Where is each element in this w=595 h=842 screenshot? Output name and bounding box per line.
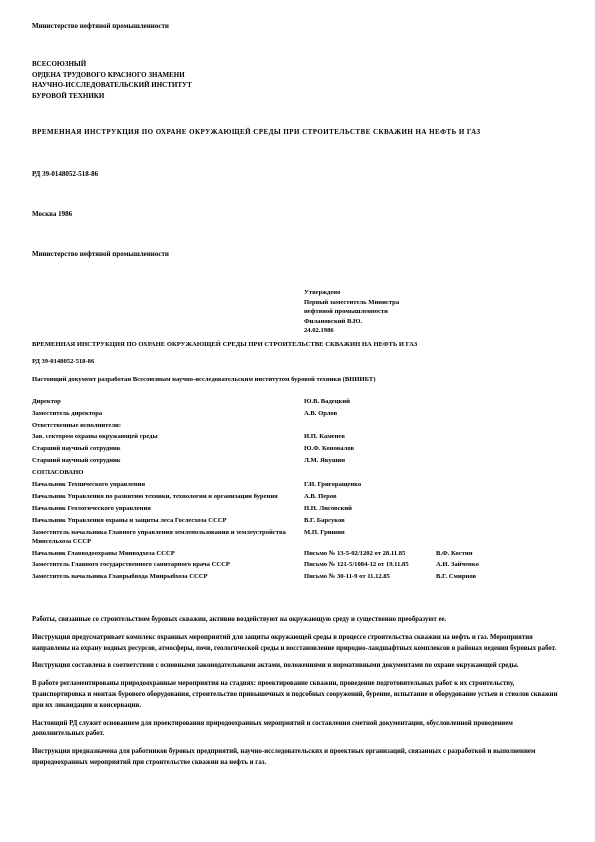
- agreed-letter: Письмо № 13-5-02/1202 от 28.11.85: [304, 549, 436, 558]
- ministry-line: Министерство нефтяной промышленности: [32, 22, 565, 30]
- agreed-letter: Письмо № 121-5/1084-12 от 19.11.85: [304, 560, 436, 569]
- document-page: Министерство нефтяной промышленности ВСЕ…: [0, 0, 595, 842]
- approval-line: 24.02.1986: [304, 326, 535, 336]
- body-paragraphs: Работы, связанные со строительством буро…: [32, 615, 565, 776]
- approval-line: нефтяной промышленности: [304, 307, 535, 317]
- agreed-label: Начальник Управления охраны и защиты лес…: [32, 516, 304, 525]
- agreed-row: Начальник Геологического управления Н.Н.…: [32, 504, 565, 513]
- signatory-row: Заместитель директора А.В. Орлов: [32, 409, 565, 418]
- agreed-label: Начальник Управления по развитию техники…: [32, 492, 304, 501]
- agreed-heading: СОГЛАСОВАНО: [32, 468, 565, 477]
- signatory-name: Ю.Ф. Коновалов: [304, 444, 436, 453]
- institute-line: ОРДЕНА ТРУДОВОГО КРАСНОГО ЗНАМЕНИ: [32, 70, 565, 81]
- paragraph: В работе регламентированы природоохранны…: [32, 679, 565, 711]
- agreed-row: Заместитель Главного государственного са…: [32, 560, 565, 569]
- signatory-name: И.П. Каменев: [304, 432, 436, 441]
- agreed-name: Г.И. Григоращенко: [304, 480, 436, 489]
- signatory-row: Старший научный сотрудник Л.М. Якушин: [32, 456, 565, 465]
- signatory-label: Заместитель директора: [32, 409, 304, 418]
- agreed-name: В.Г. Барсуков: [304, 516, 436, 525]
- document-title: ВРЕМЕННАЯ ИНСТРУКЦИЯ ПО ОХРАНЕ ОКРУЖАЮЩЕ…: [32, 128, 565, 136]
- ministry-line-repeat: Министерство нефтяной промышленности: [32, 250, 565, 258]
- signatory-label: Старший научный сотрудник: [32, 444, 304, 453]
- document-number: РД 39-0148052-518-86: [32, 170, 565, 178]
- agreed-row: Начальник Управления охраны и защиты лес…: [32, 516, 565, 525]
- agreed-letter: Письмо № 30-11-9 от 11.12.85: [304, 572, 436, 581]
- agreed-name: А.В. Перов: [304, 492, 436, 501]
- agreed-label: Заместитель начальника Главрыбвода Минры…: [32, 572, 304, 581]
- agreed-name: М.П. Гришин: [304, 528, 436, 537]
- institute-name-block: ВСЕСОЮЗНЫЙ ОРДЕНА ТРУДОВОГО КРАСНОГО ЗНА…: [32, 59, 565, 101]
- agreed-row: Начальник Управления по развитию техники…: [32, 492, 565, 501]
- document-number-repeat: РД 39-0148052-518-86: [32, 358, 565, 365]
- agreed-row: Заместитель начальника Главного управлен…: [32, 528, 565, 546]
- paragraph: Настоящий РД служит основанием для проек…: [32, 719, 565, 741]
- agreed-name: В.Ф. Костин: [436, 549, 565, 558]
- agreed-name: А.И. Зайченко: [436, 560, 565, 569]
- agreed-label: Начальник Геологического управления: [32, 504, 304, 513]
- signatory-row: Ответственные исполнители:: [32, 421, 565, 430]
- paragraph: Инструкция предусматривает комплекс охра…: [32, 633, 565, 655]
- agreed-row: Начальник Главводоохраны Минводхоза СССР…: [32, 549, 565, 558]
- agreed-label: Заместитель Главного государственного са…: [32, 560, 304, 569]
- paragraph: Инструкция предназначена для работников …: [32, 747, 565, 769]
- institute-line: ВСЕСОЮЗНЫЙ: [32, 59, 565, 70]
- agreed-row: Начальник Технического управления Г.И. Г…: [32, 480, 565, 489]
- signatory-label: Ответственные исполнители:: [32, 421, 304, 430]
- paragraph: Работы, связанные со строительством буро…: [32, 615, 565, 626]
- signatures-section: Директор Ю.В. Вадецкий Заместитель дирек…: [32, 397, 565, 584]
- approval-line: Утверждено: [304, 288, 535, 298]
- signatory-name: Ю.В. Вадецкий: [304, 397, 436, 406]
- developer-note: Настоящий документ разработан Всесоюзным…: [32, 376, 565, 383]
- agreed-name: Н.Н. Лисовский: [304, 504, 436, 513]
- signatory-label: Старший научный сотрудник: [32, 456, 304, 465]
- signatory-label: Зав. сектором охраны окружающей среды: [32, 432, 304, 441]
- agreed-label: Начальник Главводоохраны Минводхоза СССР: [32, 549, 304, 558]
- document-title-repeat: ВРЕМЕННАЯ ИНСТРУКЦИЯ ПО ОХРАНЕ ОКРУЖАЮЩЕ…: [32, 341, 565, 348]
- agreed-name: В.Г. Смирнов: [436, 572, 565, 581]
- approval-line: Филановский В.Ю.: [304, 317, 535, 327]
- agreed-label: Заместитель начальника Главного управлен…: [32, 528, 304, 546]
- signatory-row: Директор Ю.В. Вадецкий: [32, 397, 565, 406]
- signatory-label: Директор: [32, 397, 304, 406]
- approval-block: Утверждено Первый заместитель Министра н…: [304, 288, 535, 336]
- signatory-name: А.В. Орлов: [304, 409, 436, 418]
- signatory-name: Л.М. Якушин: [304, 456, 436, 465]
- agreed-row: Заместитель начальника Главрыбвода Минры…: [32, 572, 565, 581]
- signatory-row: Зав. сектором охраны окружающей среды И.…: [32, 432, 565, 441]
- institute-line: НАУЧНО-ИССЛЕДОВАТЕЛЬСКИЙ ИНСТИТУТ: [32, 80, 565, 91]
- paragraph: Инструкция составлена в соответствии с о…: [32, 661, 565, 672]
- signatory-row: Старший научный сотрудник Ю.Ф. Коновалов: [32, 444, 565, 453]
- approval-line: Первый заместитель Министра: [304, 298, 535, 308]
- institute-line: БУРОВОЙ ТЕХНИКИ: [32, 91, 565, 102]
- city-year: Москва 1986: [32, 210, 565, 218]
- agreed-label: Начальник Технического управления: [32, 480, 304, 489]
